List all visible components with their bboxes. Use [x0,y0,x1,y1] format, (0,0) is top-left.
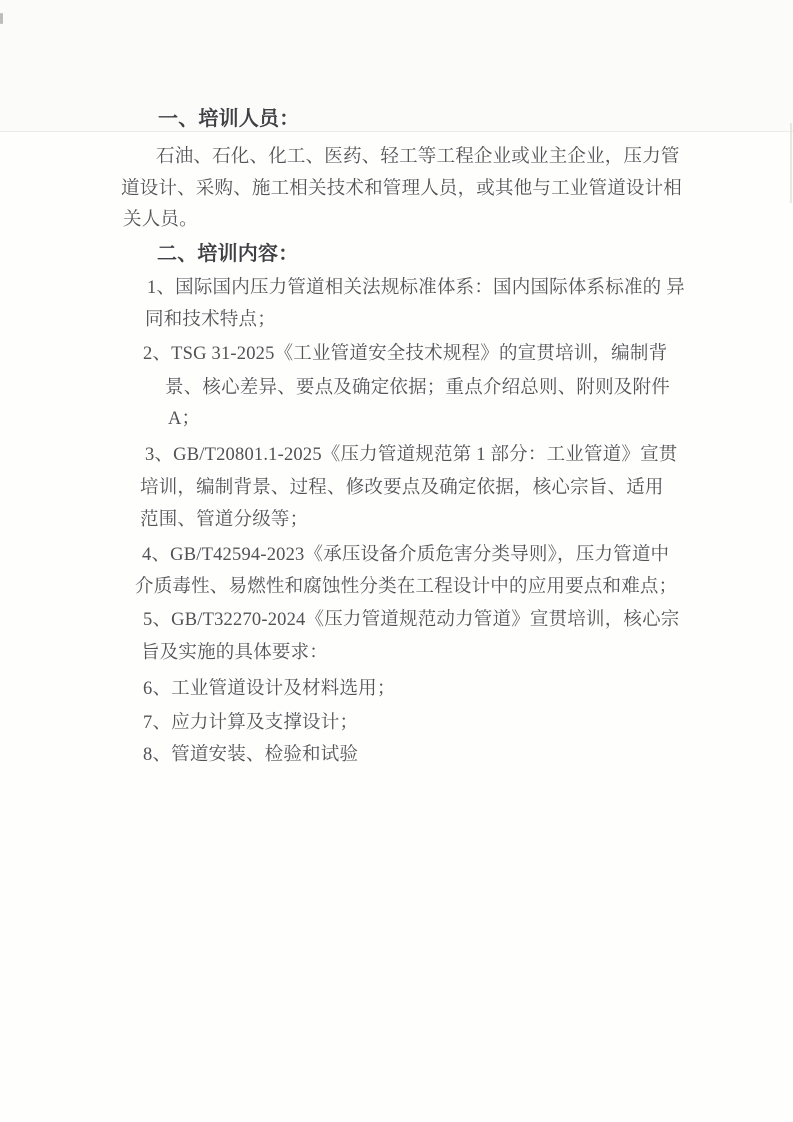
content-item-2-line-1: 2、TSG 31-2025《工业管道安全技术规程》的宣贯培训，编制背 [143,337,667,371]
scan-artifact-speck [0,13,3,24]
content-item-3-line-1: 3、GB/T20801.1-2025《压力管道规范第 1 部分：工业管道》宣贯 [145,438,677,472]
scan-artifact-edge-mark [790,123,792,203]
section-heading-training-content: 二、培训内容： [157,237,298,271]
content-item-2-line-3: A； [168,402,200,436]
content-item-4-line-1: 4、GB/T42594-2023《承压设备介质危害分类导则》，压力管道中 [142,538,669,572]
content-item-6-line-1: 6、工业管道设计及材料选用； [143,672,396,706]
content-item-5-line-1: 5、GB/T32270-2024《压力管道规范动力管道》宣贯培训，核心宗 [143,603,680,637]
personnel-paragraph-line-2: 道设计、采购、施工相关技术和管理人员，或其他与工业管道设计相 [121,172,682,206]
content-item-5-line-2: 旨及实施的具体要求： [141,636,328,670]
scanned-document-page: 一、培训人员： 石油、石化、化工、医药、轻工等工程企业或业主企业，压力管 道设计… [0,0,793,1122]
scan-artifact-band [0,0,793,132]
content-item-1-line-1: 1、国际国内压力管道相关法规标准体系：国内国际体系标准的 异 [147,271,685,305]
section-heading-training-personnel: 一、培训人员： [158,102,299,136]
content-item-4-line-2: 介质毒性、易燃性和腐蚀性分类在工程设计中的应用要点和难点； [135,570,677,604]
personnel-paragraph-line-1: 石油、石化、化工、医药、轻工等工程企业或业主企业，压力管 [156,140,680,174]
content-item-3-line-3: 范围、管道分级等； [140,503,308,537]
content-item-1-line-2: 同和技术特点； [145,303,276,337]
content-item-7-line-1: 7、应力计算及支撑设计； [143,706,358,740]
content-item-2-line-2: 景、核心差异、要点及确定依据；重点介绍总则、附则及附件 [165,371,670,405]
content-item-3-line-2: 培训，编制背景、过程、修改要点及确定依据，核心宗旨、适用 [140,471,664,505]
personnel-paragraph-line-3: 关人员。 [123,203,198,237]
content-item-8-line-1: 8、管道安装、检验和试验 [143,738,358,772]
